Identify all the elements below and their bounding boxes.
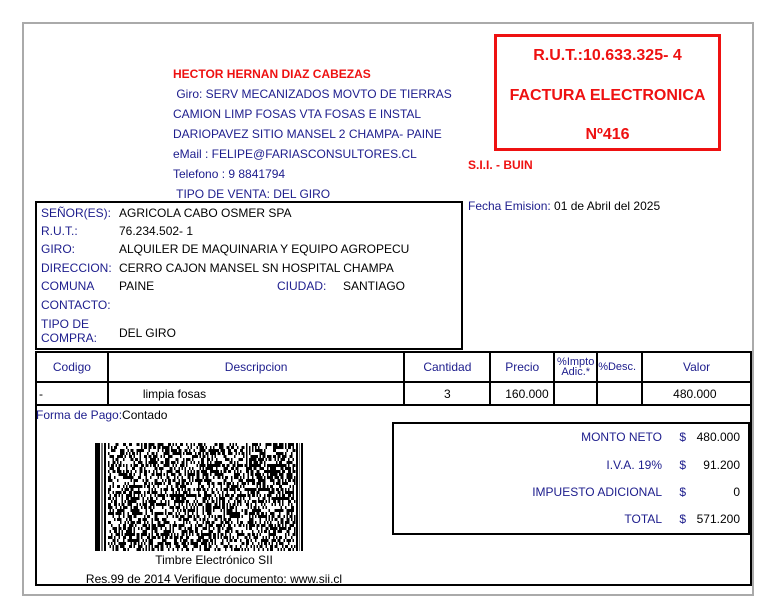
row-codigo: - [36, 382, 108, 405]
col-valor: Valor [642, 352, 751, 382]
total-value: 571.200 [697, 512, 740, 526]
document-number: Nº416 [497, 126, 718, 144]
rut-label: R.U.T.: [41, 224, 78, 238]
items-table: Codigo Descripcion Cantidad Precio %Impt… [35, 351, 752, 406]
direccion-value: CERRO CAJON MANSEL SN HOSPITAL CHAMPA [119, 261, 394, 275]
col-impto-line2: Adic.* [561, 366, 590, 378]
row-cantidad: 3 [404, 382, 490, 405]
issue-date-value: 01 de Abril del 2025 [554, 199, 660, 213]
row-impto [554, 382, 597, 405]
client-info-box: SEÑOR(ES): AGRICOLA CABO OSMER SPA R.U.T… [35, 201, 463, 350]
tipo-compra-label: TIPO DE COMPRA: [41, 317, 97, 345]
pdf417-barcode-icon [95, 443, 306, 551]
emitter-info: HECTOR HERNAN DIAZ CABEZAS Giro: SERV ME… [173, 64, 452, 204]
document-rut: R.U.T.:10.633.325- 4 [497, 47, 718, 65]
total-label: MONTO NETO [581, 430, 662, 444]
currency-symbol: $ [679, 430, 686, 444]
document-id-box: R.U.T.:10.633.325- 4 FACTURA ELECTRONICA… [494, 34, 721, 151]
payment-label: Forma de Pago: [36, 408, 122, 422]
currency-symbol: $ [679, 485, 686, 499]
total-row-impuesto-adicional: IMPUESTO ADICIONAL $ 0 [408, 485, 748, 505]
giro-value: ALQUILER DE MAQUINARIA Y EQUIPO AGROPECU [119, 242, 409, 256]
col-codigo: Codigo [36, 352, 108, 382]
row-desc [597, 382, 642, 405]
col-cantidad: Cantidad [404, 352, 490, 382]
row-valor: 480.000 [642, 382, 751, 405]
col-precio: Precio [490, 352, 554, 382]
ciudad-label: CIUDAD: [277, 279, 326, 293]
issue-date-label: Fecha Emision: [468, 199, 551, 213]
total-row-total: TOTAL $ 571.200 [408, 512, 748, 532]
senores-label: SEÑOR(ES): [41, 206, 111, 220]
comuna-label: COMUNA [41, 279, 94, 293]
totals-box: MONTO NETO $ 480.000 I.V.A. 19% $ 91.200… [392, 422, 750, 535]
emitter-address: DARIOPAVEZ SITIO MANSEL 2 CHAMPA- PAINE [173, 124, 452, 144]
direccion-label: DIRECCION: [41, 261, 112, 275]
stamp-caption: Timbre Electrónico SII [35, 553, 393, 567]
comuna-value: PAINE [119, 279, 154, 293]
payment-value: Contado [122, 408, 167, 422]
total-value: 480.000 [697, 430, 740, 444]
emitter-giro-line2: CAMION LIMP FOSAS VTA FOSAS E INSTAL [173, 104, 452, 124]
emitter-name: HECTOR HERNAN DIAZ CABEZAS [173, 64, 452, 84]
stamp-resolution: Res.99 de 2014 Verifique documento: www.… [35, 572, 393, 586]
col-descripcion: Descripcion [108, 352, 405, 382]
senores-value: AGRICOLA CABO OSMER SPA [119, 206, 292, 220]
total-label: TOTAL [624, 512, 662, 526]
payment-method: Forma de Pago:Contado [36, 408, 167, 422]
col-impto-adic: %Impto Adic.* [554, 352, 597, 382]
total-row-iva: I.V.A. 19% $ 91.200 [408, 458, 748, 478]
tipo-compra-label-line1: TIPO DE [41, 317, 89, 331]
row-descripcion: limpia fosas [108, 382, 405, 405]
sii-office: S.I.I. - BUIN [468, 158, 533, 172]
tipo-compra-label-line2: COMPRA: [41, 331, 97, 345]
col-desc: %Desc. [597, 352, 642, 382]
table-row: - limpia fosas 3 160.000 480.000 [36, 382, 751, 405]
ciudad-value: SANTIAGO [343, 279, 405, 293]
emitter-giro-line1: Giro: SERV MECANIZADOS MOVTO DE TIERRAS [173, 84, 452, 104]
rut-value: 76.234.502- 1 [119, 224, 193, 238]
issue-date: Fecha Emision: 01 de Abril del 2025 [468, 199, 660, 213]
currency-symbol: $ [679, 458, 686, 472]
total-row-neto: MONTO NETO $ 480.000 [408, 430, 748, 450]
tipo-compra-value: DEL GIRO [119, 326, 176, 340]
items-header-row: Codigo Descripcion Cantidad Precio %Impt… [36, 352, 751, 382]
document-type: FACTURA ELECTRONICA [497, 87, 718, 105]
total-label: IMPUESTO ADICIONAL [532, 485, 662, 499]
emitter-email: eMail : FELIPE@FARIASCONSULTORES.CL [173, 144, 452, 164]
emitter-phone: Telefono : 9 8841794 [173, 164, 452, 184]
row-precio: 160.000 [490, 382, 554, 405]
total-label: I.V.A. 19% [606, 458, 662, 472]
contacto-label: CONTACTO: [41, 298, 111, 312]
total-value: 91.200 [703, 458, 740, 472]
total-value: 0 [733, 485, 740, 499]
currency-symbol: $ [679, 512, 686, 526]
giro-label: GIRO: [41, 242, 75, 256]
